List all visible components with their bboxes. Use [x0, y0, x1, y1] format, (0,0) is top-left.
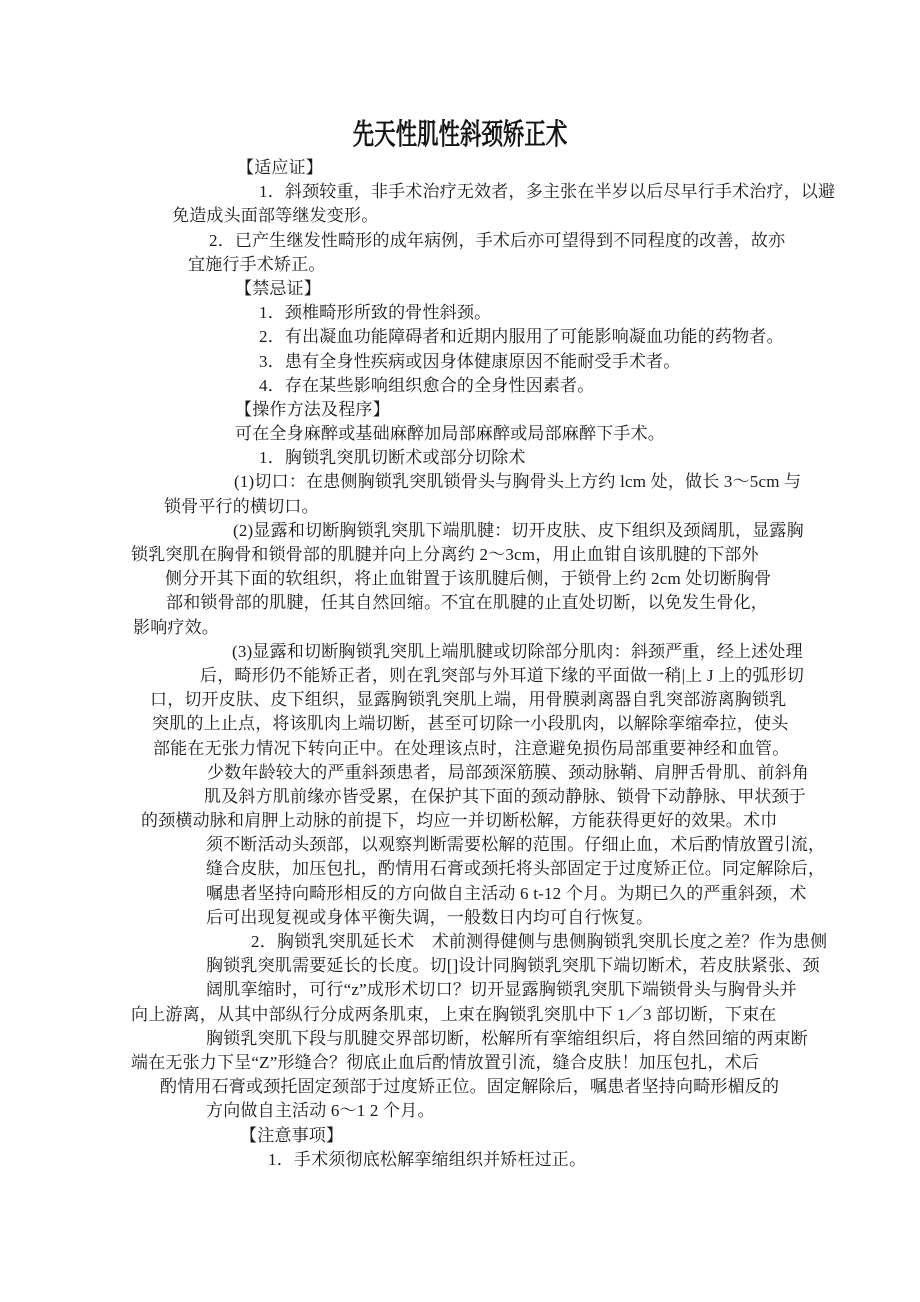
document-line: 肌及斜方肌前缘亦皆受累，在保护其下面的颈动静脉、锁骨下动静脉、甲状颈于: [204, 785, 831, 809]
document-line: 后，畸形仍不能矫正者，则在乳突部与外耳道下缘的平面做一稍|上 J 上的弧形切: [200, 664, 831, 688]
document-line: 胸锁乳突肌下段与肌腱交界部切断，松解所有挛缩组织后，将自然回缩的两束断: [206, 1027, 831, 1051]
document-line: 2．胸锁乳突肌延长术 术前测得健侧与患侧胸锁乳突肌长度之差？作为患侧: [251, 930, 831, 954]
document-line: 1．胸锁乳突肌切断术或部分切除术: [259, 446, 831, 470]
document-line: 端在无张力下呈“Z”形缝合？彻底止血后酌情放置引流，缝合皮肤！加压包扎，术后: [131, 1051, 831, 1075]
document-title: 先天性肌性斜颈矫正术: [0, 112, 920, 156]
document-line: 【注意事项】: [240, 1124, 831, 1148]
document-line: 少数年龄较大的严重斜颈患者，局部颈深筋膜、颈动脉鞘、肩胛舌骨肌、前斜角: [207, 761, 831, 785]
document-line: (1)切口：在患侧胸锁乳突肌锁骨头与胸骨头上方约 lcm 处，做长 3～5cm …: [234, 470, 831, 494]
document-line: 宜施行手术矫正。: [188, 253, 831, 277]
document-body: 【适应证】1．斜颈较重，非手术治疗无效者，多主张在半岁以后尽早行手术治疗，以避免…: [131, 156, 831, 1172]
document-line: 可在全身麻醉或基础麻醉加局部麻醉或局部麻醉下手术。: [235, 422, 831, 446]
document-line: 【操作方法及程序】: [235, 398, 831, 422]
document-line: 锁乳突肌在胸骨和锁骨部的肌腱并向上分离约 2～3cm，用止血钳自该肌腱的下部外: [131, 543, 831, 567]
document-line: 的颈横动脉和肩胛上动脉的前提下，均应一并切断松解，方能获得更好的效果。术巾: [141, 809, 831, 833]
document-line: 【禁忌证】: [235, 277, 831, 301]
document-line: 向上游离，从其中部纵行分成两条肌束，上束在胸锁乳突肌中下 1／3 部切断，下束在: [131, 1003, 831, 1027]
document-page: 先天性肌性斜颈矫正术 【适应证】1．斜颈较重，非手术治疗无效者，多主张在半岁以后…: [0, 0, 920, 1302]
document-line: 突肌的上止点，将该肌肉上端切断，甚至可切除一小段肌肉，以解除挛缩牵拉，使头: [152, 712, 831, 736]
document-line: 2．已产生继发性畸形的成年病例，手术后亦可望得到不同程度的改善，故亦: [209, 229, 831, 253]
document-line: 缝合皮肤，加压包扎，酌情用石膏或颈托将头部固定于过度矫正位。同定解除后，: [206, 857, 831, 881]
document-title-text: 先天性肌性斜颈矫正术: [353, 112, 568, 156]
document-line: 部能在无张力情况下转向正中。在处理该点时，注意避免损伤局部重要神经和血管。: [153, 737, 831, 761]
document-line: 酌情用石膏或颈托固定颈部于过度矫正位。固定解除后，嘱患者坚持向畸形楣反的: [160, 1075, 831, 1099]
document-line: 嘱患者坚持向畸形相反的方向做自主活动 6 t-12 个月。为期已久的严重斜颈，术: [206, 882, 831, 906]
document-line: 影响疗效。: [133, 616, 831, 640]
document-line: 须不断活动头颈部，以观察判断需要松解的范围。仔细止血，术后酌情放置引流，: [206, 833, 831, 857]
document-line: 3．患有全身性疾病或因身体健康原因不能耐受手术者。: [259, 350, 831, 374]
document-line: 后可出现复视或身体平衡失调，一般数日内均可自行恢复。: [206, 906, 831, 930]
document-line: 部和锁骨部的肌腱，任其自然回缩。不宜在肌腱的止直处切断，以免发生骨化，: [166, 591, 831, 615]
document-line: 口，切开皮肤、皮下组织，显露胸锁乳突肌上端，用骨膜剥离器自乳突部游离胸锁乳: [150, 688, 831, 712]
document-line: 【适应证】: [237, 156, 831, 180]
document-line: 1．颈椎畸形所致的骨性斜颈。: [259, 301, 831, 325]
document-line: 方向做自主活动 6～1 2 个月。: [206, 1099, 831, 1123]
document-line: 1．手术须彻底松解挛缩组织并矫枉过正。: [268, 1148, 831, 1172]
document-line: 4．存在某些影响组织愈合的全身性因素者。: [259, 374, 831, 398]
document-line: 阔肌挛缩时，可行“z”成形术切口？切开显露胸锁乳突肌下端锁骨头与胸骨头并: [206, 978, 831, 1002]
document-line: (3)显露和切断胸锁乳突肌上端肌腱或切除部分肌肉：斜颈严重，经上述处理: [232, 640, 831, 664]
document-line: 侧分开其下面的软组织，将止血钳置于该肌腱后侧，于锁骨上约 2cm 处切断胸骨: [165, 567, 831, 591]
document-line: 锁骨平行的横切口。: [164, 495, 831, 519]
document-line: 2．有出凝血功能障碍者和近期内服用了可能影响凝血功能的药物者。: [259, 325, 831, 349]
document-line: 免造成头面部等继发变形。: [172, 204, 831, 228]
document-line: (2)显露和切断胸锁乳突肌下端肌腱：切开皮肤、皮下组织及颈阔肌，显露胸: [233, 519, 831, 543]
document-line: 胸锁乳突肌需要延长的长度。切[]设计同胸锁乳突肌下端切断术，若皮肤紧张、颈: [206, 954, 831, 978]
document-line: 1．斜颈较重，非手术治疗无效者，多主张在半岁以后尽早行手术治疗，以避: [259, 180, 831, 204]
